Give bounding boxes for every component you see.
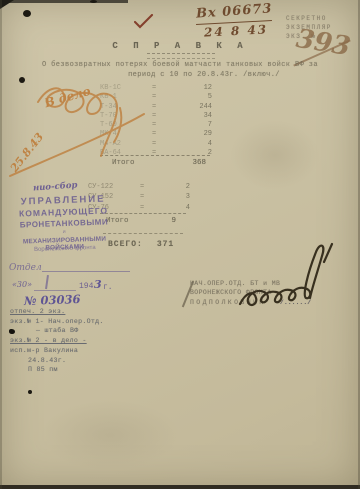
copies-line6: 24.8.43г. — [10, 356, 160, 366]
row-value: 5 — [182, 93, 212, 101]
row-value: 244 — [182, 103, 212, 111]
paper-stain — [230, 120, 320, 190]
copies-line2: экз.№ 1- Нач.опер.Отд. — [10, 317, 160, 327]
copies-line4: экз.№ 2 - в дело - — [10, 336, 160, 346]
copies-line7: П 85 пм — [10, 365, 160, 375]
row-value: 4 — [182, 140, 212, 148]
scan-speck — [90, 0, 97, 3]
scan-edge-top — [0, 0, 128, 3]
checkmark-icon — [134, 14, 154, 29]
dark-signature — [232, 238, 347, 323]
scan-edge-corner — [0, 0, 14, 9]
copies-line3: — штаба ВФ — [10, 326, 160, 336]
punch-hole — [28, 390, 32, 394]
stamp-date-day: «30» — [12, 280, 32, 289]
subtitle-line1: О безвозвратных потерях боевой матчасти … — [0, 61, 360, 69]
row-value: 34 — [182, 112, 212, 120]
stamp-otdel-line — [42, 271, 130, 272]
losses-total-value: 368 — [192, 159, 206, 167]
row-value: 3 — [160, 193, 190, 201]
incoming-number: Вх 06673 — [196, 1, 273, 21]
su-total-value: 9 — [171, 217, 176, 225]
stamp-year: 194 — [79, 282, 93, 291]
paper-stain — [40, 400, 180, 470]
registration-number: № 03036 — [24, 292, 81, 308]
stamp-date-tick — [45, 275, 48, 289]
row-value: 29 — [182, 130, 212, 138]
stamp-date-underline — [34, 290, 76, 291]
stamp-otdel-label: Отдел — [9, 263, 42, 273]
stamp-year-digit: 3 — [94, 278, 102, 291]
unit-stamp: УПРАВЛЕНИЕ КОМАНДУЮЩЕГО БРОНЕТАНКОВЫМИ и… — [5, 193, 123, 257]
copies-line1: отпеч. 2 экз. — [10, 307, 160, 317]
row-value: 7 — [182, 121, 212, 129]
row-value: 4 — [160, 204, 190, 212]
ink-blot — [9, 329, 15, 334]
copies-line5: исп.м-р Вакулина — [10, 346, 160, 356]
secrecy-stamp-line: СЕКРЕТНО — [286, 14, 356, 23]
grand-total-value: 371 — [157, 240, 174, 249]
punch-hole — [23, 10, 31, 17]
equals-sign: = — [140, 193, 144, 201]
document-page: Вх 06673 24 8 43 СЕКРЕТНО ЭКЗЕМПЛЯР ЭКЗ.… — [0, 0, 360, 489]
scan-edge-bottom — [0, 485, 360, 489]
copies-block: отпеч. 2 экз. экз.№ 1- Нач.опер.Отд. — ш… — [10, 307, 160, 375]
document-title: С П Р А В К А — [0, 41, 360, 51]
row-value: 12 — [182, 84, 212, 92]
title-underline — [147, 53, 215, 59]
equals-sign: = — [140, 204, 144, 212]
stamp-year-suffix: г. — [103, 283, 113, 292]
incoming-date: 24 8 43 — [204, 22, 269, 39]
